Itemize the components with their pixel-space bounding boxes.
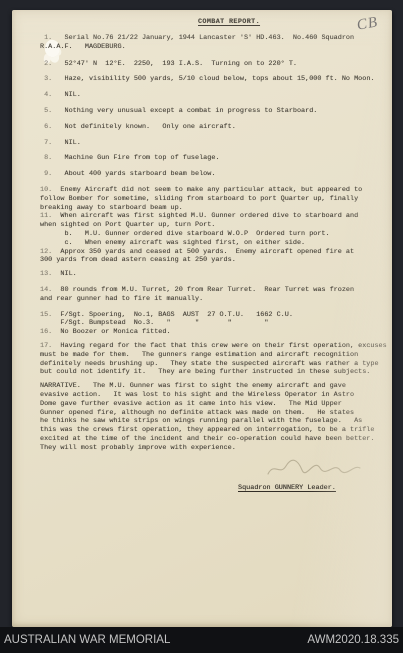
item-text: Gunner opened fire, although no definite… (40, 409, 354, 417)
item-number: 4. (40, 91, 52, 99)
item-text: F/Sgt. Spoering, No.1, BAGS AUST 27 O.T.… (52, 311, 293, 319)
item-number: 14. (40, 286, 52, 294)
item-text: follow Bomber for sometime, sliding from… (40, 195, 358, 203)
document-line: 300 yards from dead astern ceasing at 25… (40, 256, 388, 265)
item-text: c. When enemy aircraft was sighted first… (40, 239, 305, 247)
item-text: NIL. (52, 139, 81, 147)
document-line: definitely needs brushing up. They state… (40, 360, 388, 369)
document-line: 6. Not definitely known. Only one aircra… (40, 123, 388, 132)
item-number: 2. (40, 60, 52, 68)
item-text: Haze, visibility 500 yards, 5/10 cloud b… (52, 75, 374, 83)
item-text: b. M.U. Gunner ordered dive starboard W.… (40, 230, 330, 238)
document-line: 13. NIL. (40, 270, 388, 279)
item-text: NIL. (52, 270, 76, 278)
handwritten-annotation: CB (356, 14, 380, 34)
document-line: Dome gave further evasive action as it c… (40, 400, 388, 409)
accession-number: AWM2020.18.335 (307, 634, 399, 646)
document-line: R.A.A.F. MAGDEBURG. (40, 43, 388, 52)
item-number: 15. (40, 311, 52, 319)
item-text: 80 rounds from M.U. Turret, 20 from Rear… (52, 286, 354, 294)
catalog-footer: AUSTRALIAN WAR MEMORIAL AWM2020.18.335 (0, 627, 403, 653)
item-number: 12. (40, 248, 52, 256)
document-line: follow Bomber for sometime, sliding from… (40, 195, 388, 204)
signature-title: Squadron GUNNERY Leader. (238, 484, 336, 493)
item-text: Dome gave further evasive action as it c… (40, 400, 342, 408)
document-line: 7. NIL. (40, 139, 388, 148)
item-number: 1. (40, 34, 52, 42)
item-text: They will most probably improve with exp… (40, 444, 236, 452)
item-number: 7. (40, 139, 52, 147)
item-text: NIL. (52, 91, 81, 99)
item-text: and rear gunner had to fire it manually. (40, 295, 203, 303)
item-text: Having regard for the fact that this cre… (52, 342, 386, 350)
item-text: Not definitely known. Only one aircraft. (52, 123, 236, 131)
document-line: must be made for them. The gunners range… (40, 351, 388, 360)
item-text: evasive action. It was lost to his sight… (40, 391, 354, 399)
item-number: 17. (40, 342, 52, 350)
typed-text-block: COMBAT REPORT. 1. Serial No.76 21/22 Jan… (40, 18, 388, 493)
item-number: 3. (40, 75, 52, 83)
document-line: 15. F/Sgt. Spoering, No.1, BAGS AUST 27 … (40, 311, 388, 320)
item-text: R.A.A.F. MAGDEBURG. (40, 43, 126, 51)
document-line: 2. 52°47' N 12°E. 2250, 193 I.A.S. Turni… (40, 60, 388, 69)
item-number: 6. (40, 123, 52, 131)
item-text: About 400 yards starboard beam below. (52, 170, 215, 178)
document-line: 1. Serial No.76 21/22 January, 1944 Lanc… (40, 34, 388, 43)
item-text: When aircraft was first sighted M.U. Gun… (52, 212, 358, 220)
item-text: when sighted on Port Quarter up, turn Po… (40, 221, 215, 229)
document-line: c. When enemy aircraft was sighted first… (40, 239, 388, 248)
document-line: 9. About 400 yards starboard beam below. (40, 170, 388, 179)
document-line: when sighted on Port Quarter up, turn Po… (40, 221, 388, 230)
document-line: NARRATIVE. The M.U. Gunner was first to … (40, 382, 388, 391)
item-text: definitely needs brushing up. They state… (40, 360, 379, 368)
document-line: 17. Having regard for the fact that this… (40, 342, 388, 351)
item-text: must be made for them. The gunners range… (40, 351, 358, 359)
document-line: b. M.U. Gunner ordered dive starboard W.… (40, 230, 388, 239)
document-line: evasive action. It was lost to his sight… (40, 391, 388, 400)
item-text: he thinks he saw white strips on wings r… (40, 417, 362, 425)
document-line: 16. No Boozer or Monica fitted. (40, 328, 388, 337)
item-number: 10. (40, 186, 52, 194)
document-line: 8. Machine Gun Fire from top of fuselage… (40, 154, 388, 163)
item-text: breaking away to starboard beam up. (40, 204, 183, 212)
item-text: Nothing very unusual except a combat in … (52, 107, 317, 115)
document-line: F/Sgt. Bumpstead No.3. " " " " (40, 319, 388, 328)
item-text: Serial No.76 21/22 January, 1944 Lancast… (52, 34, 354, 42)
item-text: NARRATIVE. The M.U. Gunner was first to … (40, 382, 346, 390)
item-number: 11. (40, 212, 52, 220)
scan-background: COMBAT REPORT. 1. Serial No.76 21/22 Jan… (0, 0, 403, 653)
document-title: COMBAT REPORT. (198, 18, 260, 27)
item-text: No Boozer or Monica fitted. (52, 328, 170, 336)
item-text: F/Sgt. Bumpstead No.3. " " " " (40, 319, 268, 327)
institution-label: AUSTRALIAN WAR MEMORIAL (4, 634, 170, 646)
document-line: this was the crews first operation, they… (40, 426, 388, 435)
document-line: he thinks he saw white strips on wings r… (40, 417, 388, 426)
document-line: 5. Nothing very unusual except a combat … (40, 107, 388, 116)
document-line: but could not identify it. They are bein… (40, 368, 388, 377)
document-line: and rear gunner had to fire it manually. (40, 295, 388, 304)
item-text: 300 yards from dead astern ceasing at 25… (40, 256, 236, 264)
item-text: excited at the time of the incident and … (40, 435, 374, 443)
document-line: 11. When aircraft was first sighted M.U.… (40, 212, 388, 221)
document-line: Gunner opened fire, although no definite… (40, 409, 388, 418)
item-number: 8. (40, 154, 52, 162)
document-line: 3. Haze, visibility 500 yards, 5/10 clou… (40, 75, 388, 84)
item-text: Machine Gun Fire from top of fuselage. (52, 154, 219, 162)
item-number: 13. (40, 270, 52, 278)
document-line: 4. NIL. (40, 91, 388, 100)
item-number: 9. (40, 170, 52, 178)
item-number: 5. (40, 107, 52, 115)
document-line: They will most probably improve with exp… (40, 444, 388, 453)
item-text: but could not identify it. They are bein… (40, 368, 370, 376)
document-line: 14. 80 rounds from M.U. Turret, 20 from … (40, 286, 388, 295)
document-line: excited at the time of the incident and … (40, 435, 388, 444)
item-text: Approx 350 yards and ceased at 500 yards… (52, 248, 354, 256)
document-body: 1. Serial No.76 21/22 January, 1944 Lanc… (40, 34, 388, 452)
item-text: 52°47' N 12°E. 2250, 193 I.A.S. Turning … (52, 60, 297, 68)
document-line: 10. Enemy Aircraft did not seem to make … (40, 186, 388, 195)
document-page: COMBAT REPORT. 1. Serial No.76 21/22 Jan… (12, 10, 392, 627)
signature-scribble-mark (264, 454, 364, 482)
item-text: Enemy Aircraft did not seem to make any … (52, 186, 362, 194)
item-number: 16. (40, 328, 52, 336)
item-text: this was the crews first operation, they… (40, 426, 374, 434)
